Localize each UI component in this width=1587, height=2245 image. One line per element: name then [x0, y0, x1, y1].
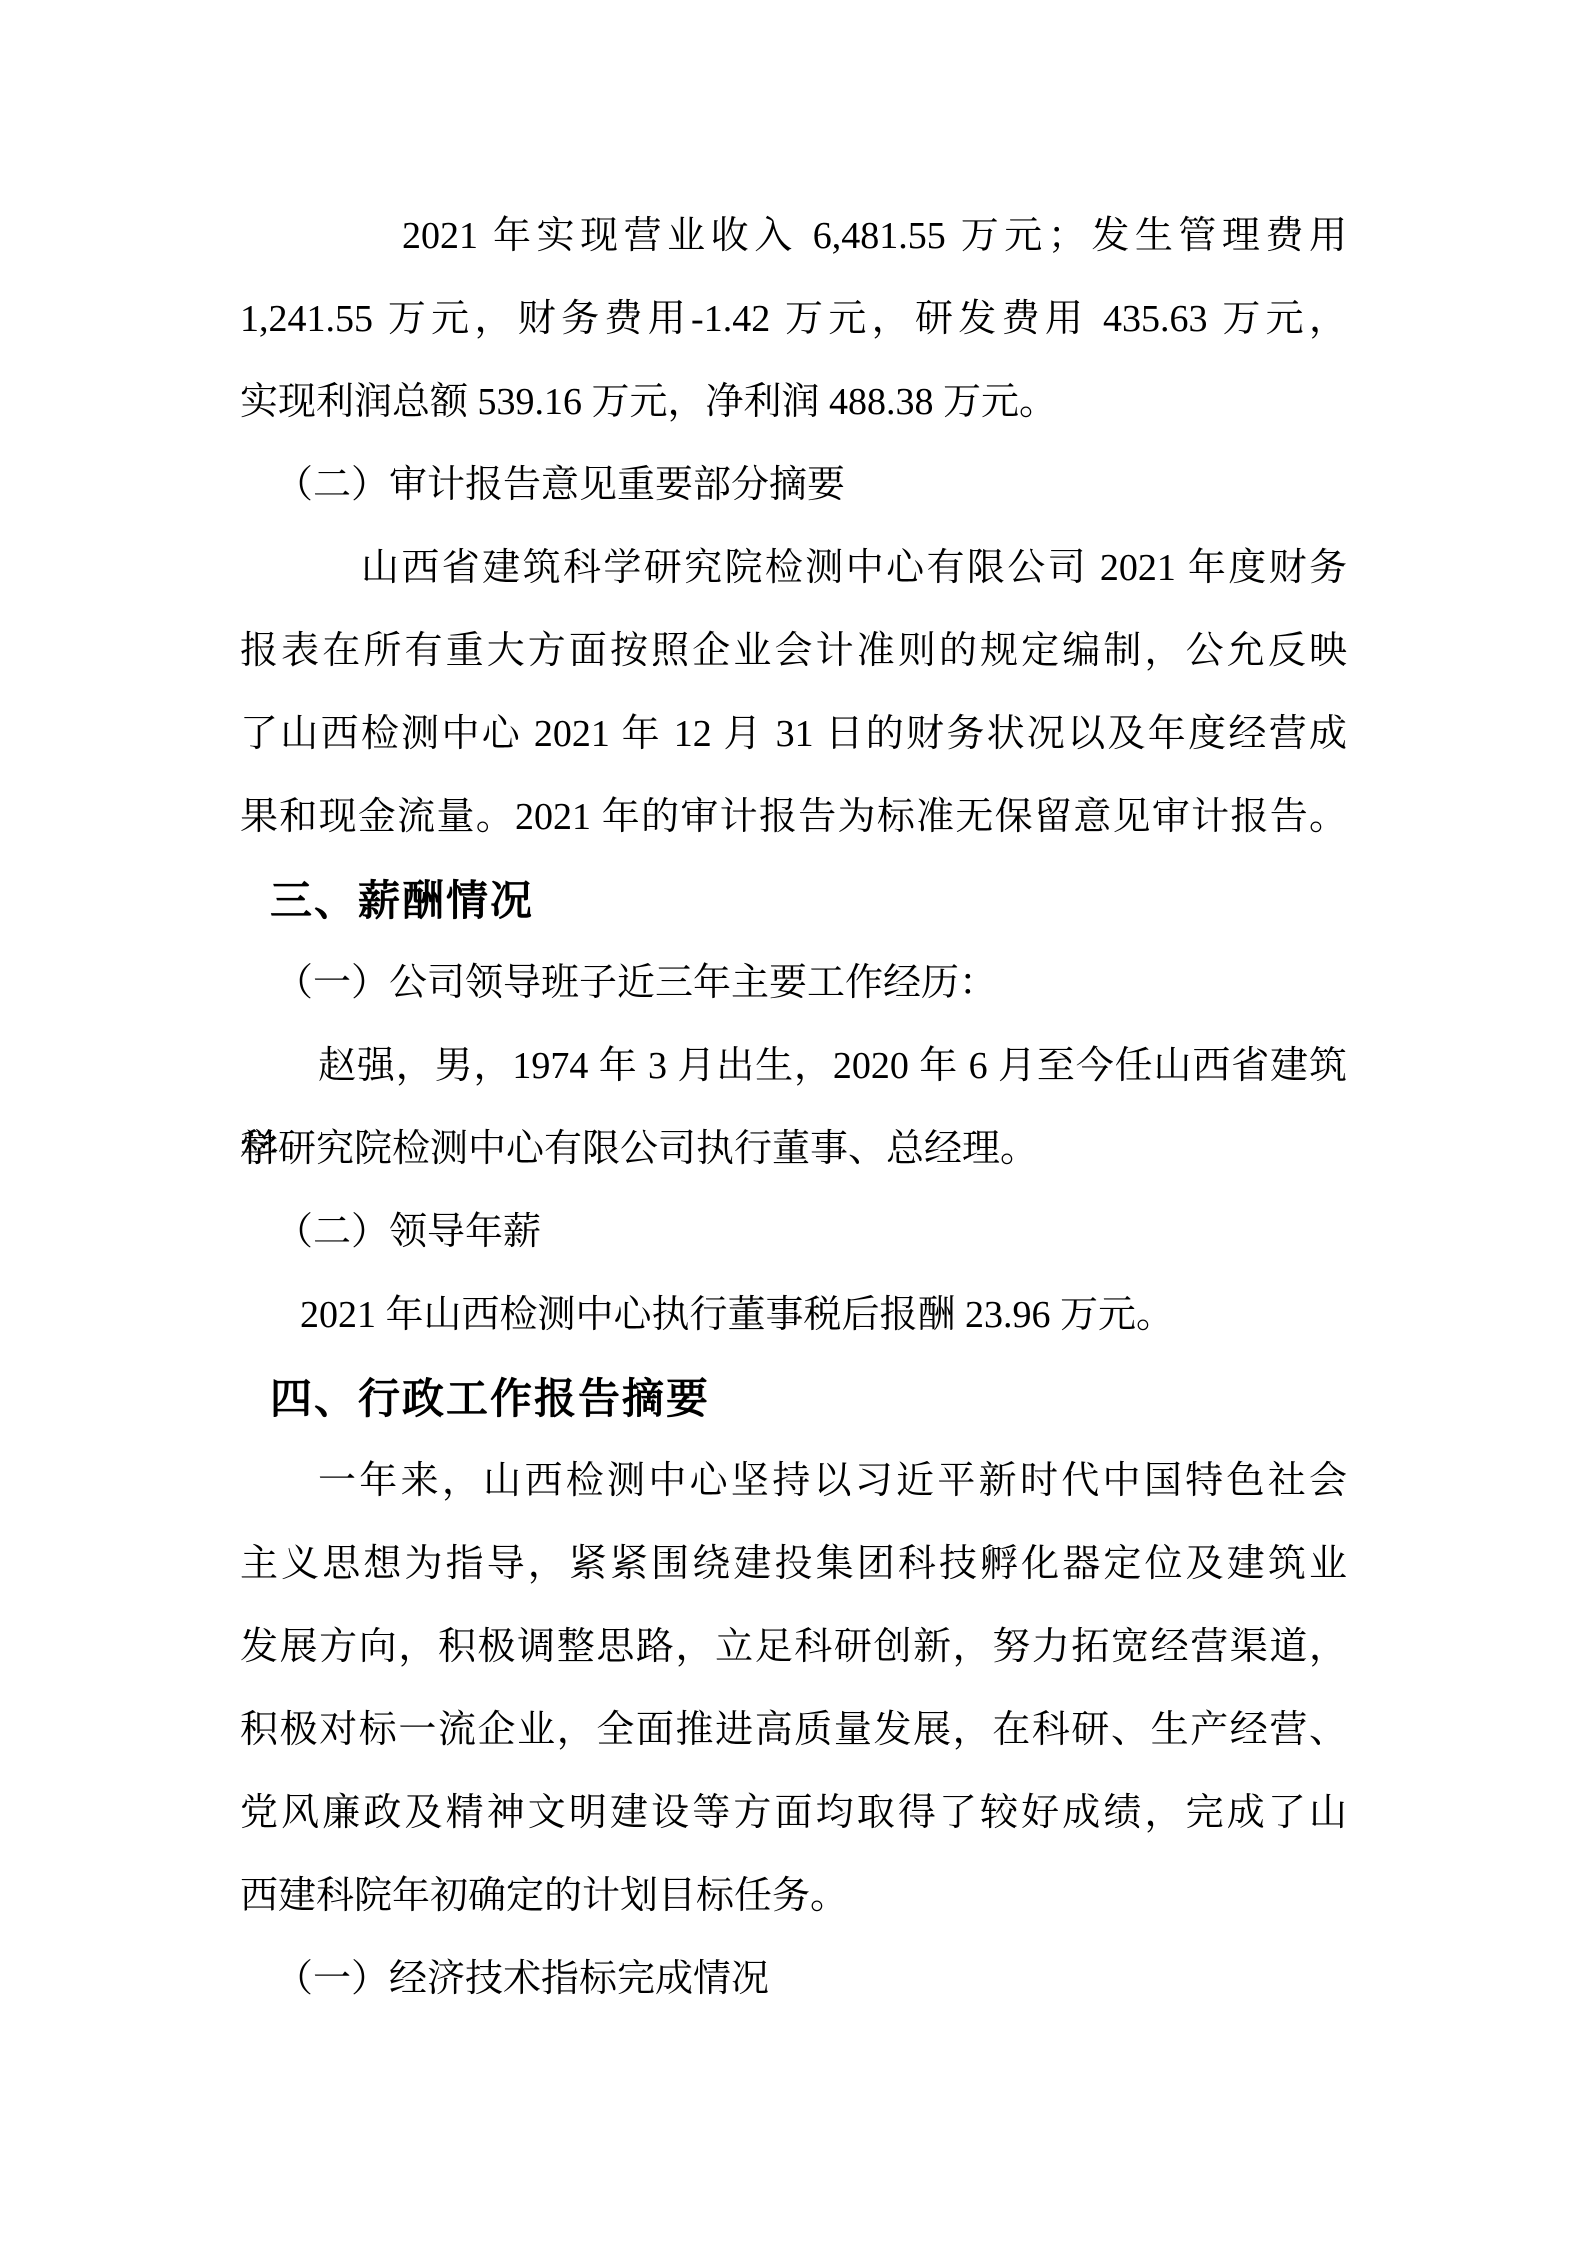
para-audit-line-4: 果和现金流量。2021 年的审计报告为标准无保留意见审计报告。	[240, 776, 1347, 859]
para-salary-amount: 2021 年山西检测中心执行董事税后报酬 23.96 万元。	[240, 1274, 1347, 1357]
heading-salary-section: 三、薪酬情况	[240, 859, 1347, 942]
para-admin-line-2: 主义思想为指导，紧紧围绕建投集团科技孵化器定位及建筑业	[240, 1523, 1347, 1606]
para-audit-line-3: 了山西检测中心 2021 年 12 月 31 日的财务状况以及年度经营成	[240, 693, 1347, 776]
para-admin-line-6: 西建科院年初确定的计划目标任务。	[240, 1855, 1347, 1938]
para-finance-line-1: 2021 年实现营业收入 6,481.55 万元；发生管理费用	[240, 195, 1347, 278]
document-text-block: 2021 年实现营业收入 6,481.55 万元；发生管理费用 1,241.55…	[240, 195, 1347, 2021]
subheading-leader-experience: （一）公司领导班子近三年主要工作经历：	[240, 942, 1347, 1025]
para-admin-line-3: 发展方向，积极调整思路，立足科研创新，努力拓宽经营渠道，	[240, 1606, 1347, 1689]
para-audit-line-1: 山西省建筑科学研究院检测中心有限公司 2021 年度财务	[240, 527, 1347, 610]
para-admin-line-5: 党风廉政及精神文明建设等方面均取得了较好成绩，完成了山	[240, 1772, 1347, 1855]
para-zhaoqiang-line-1: 赵强，男，1974 年 3 月出生，2020 年 6 月至今任山西省建筑科	[240, 1025, 1347, 1108]
subheading-leader-salary: （二）领导年薪	[240, 1191, 1347, 1274]
subheading-audit-summary: （二）审计报告意见重要部分摘要	[240, 444, 1347, 527]
para-finance-line-3: 实现利润总额 539.16 万元，净利润 488.38 万元。	[240, 361, 1347, 444]
para-admin-line-1: 一年来，山西检测中心坚持以习近平新时代中国特色社会	[240, 1440, 1347, 1523]
subheading-economic-indicators: （一）经济技术指标完成情况	[240, 1938, 1347, 2021]
para-audit-line-2: 报表在所有重大方面按照企业会计准则的规定编制，公允反映	[240, 610, 1347, 693]
document-page: 2021 年实现营业收入 6,481.55 万元；发生管理费用 1,241.55…	[0, 0, 1587, 2245]
heading-admin-report-section: 四、行政工作报告摘要	[240, 1357, 1347, 1440]
para-finance-line-2: 1,241.55 万元，财务费用-1.42 万元，研发费用 435.63 万元，	[240, 278, 1347, 361]
para-admin-line-4: 积极对标一流企业，全面推进高质量发展，在科研、生产经营、	[240, 1689, 1347, 1772]
para-zhaoqiang-line-2: 学研究院检测中心有限公司执行董事、总经理。	[240, 1108, 1347, 1191]
